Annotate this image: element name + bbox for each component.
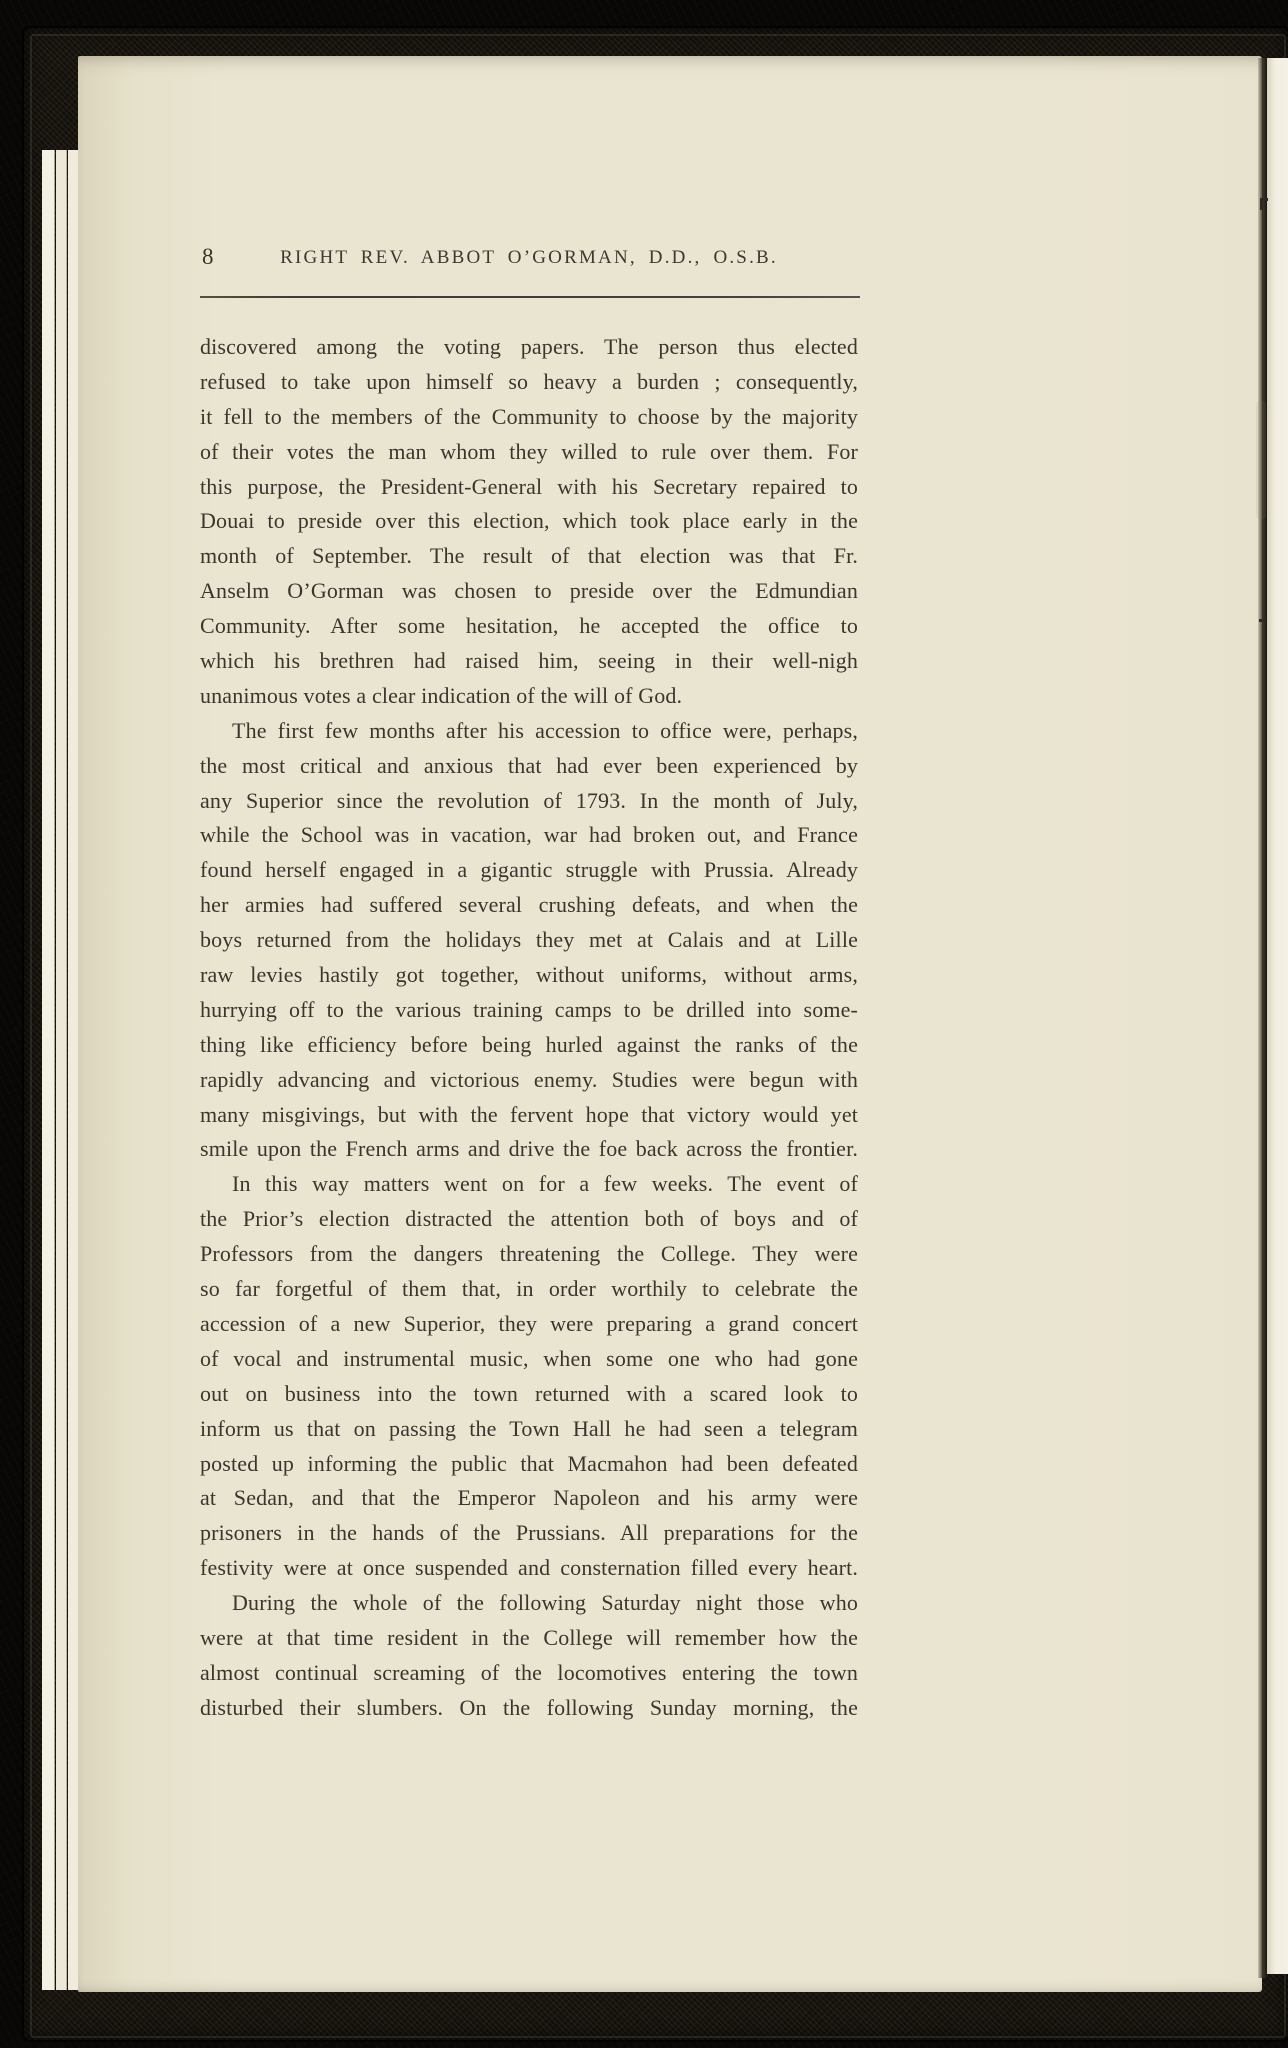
edge-mark xyxy=(1259,619,1266,622)
text-line: festivity were at once suspended and con… xyxy=(200,1551,858,1586)
text-line: found herself engaged in a gigantic stru… xyxy=(200,853,858,888)
edge-mark xyxy=(1260,198,1263,210)
text-line: at Sedan, and that the Emperor Napoleon … xyxy=(200,1481,858,1516)
text-line: out on business into the town returned w… xyxy=(200,1377,858,1412)
next-page-edge xyxy=(1267,58,1288,1974)
text-line: In this way matters went on for a few we… xyxy=(200,1167,858,1202)
page-edge-sliver xyxy=(68,150,78,1990)
text-line: while the School was in vacation, war ha… xyxy=(200,818,858,853)
text-line: unanimous votes a clear indication of th… xyxy=(200,679,858,714)
text-line: so far forgetful of them that, in order … xyxy=(200,1272,858,1307)
text-line: of vocal and instrumental music, when so… xyxy=(200,1342,858,1377)
text-line: inform us that on passing the Town Hall … xyxy=(200,1412,858,1447)
page-edge-sliver xyxy=(56,150,66,1990)
text-line: Community. After some hesitation, he acc… xyxy=(200,609,858,644)
text-line: were at that time resident in the Colleg… xyxy=(200,1621,858,1656)
text-line: smile upon the French arms and drive the… xyxy=(200,1132,858,1167)
text-line: disturbed their slumbers. On the followi… xyxy=(200,1691,858,1726)
text-line: boys returned from the holidays they met… xyxy=(200,923,858,958)
text-line: The first few months after his accession… xyxy=(200,714,858,749)
page-stain xyxy=(1256,400,1266,520)
text-line: discovered among the voting papers. The … xyxy=(200,330,858,365)
text-line: any Superior since the revolution of 179… xyxy=(200,784,858,819)
text-line: thing like efficiency before being hurle… xyxy=(200,1028,858,1063)
text-line: Anselm O’Gorman was chosen to preside ov… xyxy=(200,574,858,609)
text-line: During the whole of the following Saturd… xyxy=(200,1586,858,1621)
text-line: refused to take upon himself so heavy a … xyxy=(200,365,858,400)
body-text: discovered among the voting papers. The … xyxy=(200,330,858,1726)
text-line: almost continual screaming of the locomo… xyxy=(200,1656,858,1691)
text-line: her armies had suffered several crushing… xyxy=(200,888,858,923)
text-line: Professors from the dangers threatening … xyxy=(200,1237,858,1272)
page-content: 8 RIGHT REV. ABBOT O’GORMAN, D.D., O.S.B… xyxy=(200,56,858,1992)
text-line: the most critical and anxious that had e… xyxy=(200,749,858,784)
text-line: posted up informing the public that Macm… xyxy=(200,1447,858,1482)
running-title: RIGHT REV. ABBOT O’GORMAN, D.D., O.S.B. xyxy=(200,247,858,269)
text-line: many misgivings, but with the fervent ho… xyxy=(200,1098,858,1133)
text-line: Douai to preside over this election, whi… xyxy=(200,504,858,539)
header-rule xyxy=(200,296,860,298)
text-line: hurrying off to the various training cam… xyxy=(200,993,858,1028)
text-line: of their votes the man whom they willed … xyxy=(200,435,858,470)
text-line: which his brethren had raised him, seein… xyxy=(200,644,858,679)
text-line: it fell to the members of the Community … xyxy=(200,400,858,435)
text-line: month of September. The result of that e… xyxy=(200,539,858,574)
page-gap-shadow xyxy=(1258,58,1267,1978)
text-line: rapidly advancing and victorious enemy. … xyxy=(200,1063,858,1098)
text-line: this purpose, the President-General with… xyxy=(200,470,858,505)
text-line: the Prior’s election distracted the atte… xyxy=(200,1202,858,1237)
text-line: accession of a new Superior, they were p… xyxy=(200,1307,858,1342)
page-header: 8 RIGHT REV. ABBOT O’GORMAN, D.D., O.S.B… xyxy=(200,244,858,278)
book-page: 8 RIGHT REV. ABBOT O’GORMAN, D.D., O.S.B… xyxy=(78,56,1262,1992)
text-line: prisoners in the hands of the Prussians.… xyxy=(200,1516,858,1551)
text-line: raw levies hastily got together, without… xyxy=(200,958,858,993)
page-edge-sliver xyxy=(42,150,54,1990)
